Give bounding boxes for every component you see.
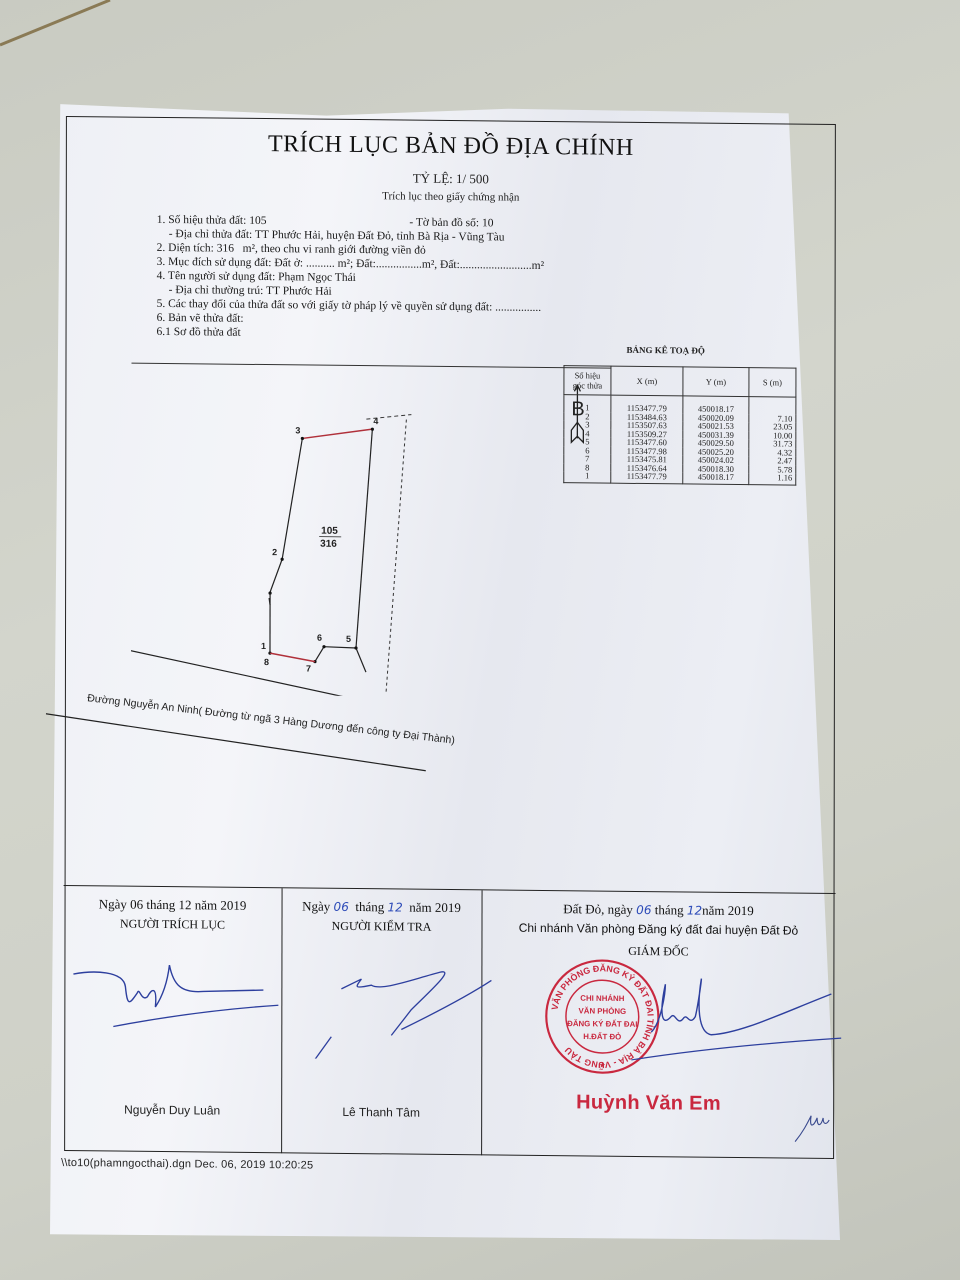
director-name: Huỳnh Văn Em (576, 1091, 721, 1116)
parcel-number: 105 (249, 215, 266, 227)
sketch-line: 6.1 Sơ đồ thửa đất (157, 325, 544, 343)
checker-name: Lê Thanh Tâm (281, 1104, 481, 1120)
road-edge-lower (46, 712, 446, 776)
checker-date: Ngày 06 tháng 12 năm 2019 (282, 898, 482, 916)
initial-mark (793, 1106, 833, 1146)
map-sheet-number: 10 (482, 217, 494, 229)
coordinate-table: Số hiệu góc thửa X (m) Y (m) S (m) 11153… (563, 365, 796, 485)
parcel-area-label: 316 (320, 539, 337, 550)
svg-text:1: 1 (261, 641, 266, 651)
checker-column: Ngày 06 tháng 12 năm 2019 NGƯỜI KIỂM TRA… (281, 888, 482, 1155)
extractor-signature (63, 926, 293, 1038)
cell-y: 450018.17 (683, 472, 749, 484)
svg-text:3: 3 (295, 425, 300, 435)
floor-crack (0, 0, 120, 50)
residence: TT Phước Hải (266, 285, 332, 298)
cell-x: 1153477.79 (611, 395, 683, 413)
svg-text:8: 8 (264, 657, 269, 667)
cell-s: 1.16 (749, 473, 796, 484)
svg-text:2: 2 (272, 547, 277, 557)
road-edge-upper (131, 649, 461, 699)
svg-text:7: 7 (306, 663, 311, 673)
document-frame: TRÍCH LỤC BẢN ĐỒ ĐỊA CHÍNH TỶ LỆ: 1/ 500… (64, 116, 836, 1159)
svg-text:CHI NHÁNH: CHI NHÁNH (580, 994, 624, 1003)
parcel-diagram-area: 1 2 3 4 5 6 7 8 105 316 B (131, 363, 612, 674)
col-header-s: S (m) (749, 368, 796, 397)
neighbor-boundary-side (386, 419, 406, 694)
cell-x: 1153477.79 (611, 472, 683, 484)
parcel-label: 105 (321, 526, 338, 537)
svg-text:5: 5 (346, 634, 351, 644)
parcel-area: 316 (217, 243, 234, 255)
cell-id: 1 (564, 395, 611, 412)
table-row: 11153477.79450018.171.16 (564, 471, 796, 484)
svg-text:★: ★ (599, 1061, 606, 1070)
signature-section: Ngày 06 tháng 12 năm 2019 NGƯỜI TRÍCH LỤ… (63, 885, 835, 1159)
parcel-info: 1. Số hiệu thửa đất: 105 - Tờ bản đồ số:… (157, 213, 545, 343)
coordinate-table-title: BẢNG KÊ TOẠ ĐỘ (626, 345, 704, 356)
document-subtitle: Trích lục theo giấy chứng nhận (67, 187, 835, 207)
extractor-column: Ngày 06 tháng 12 năm 2019 NGƯỜI TRÍCH LỤ… (63, 886, 282, 1153)
col-header-vertex: Số hiệu góc thửa (564, 366, 611, 395)
svg-text:H.ĐẤT ĐỎ: H.ĐẤT ĐỎ (583, 1031, 621, 1041)
cell-id: 1 (564, 471, 611, 482)
owner-name: Phạm Ngọc Thái (278, 271, 356, 284)
col-header-x: X (m) (611, 366, 683, 396)
svg-text:4: 4 (373, 416, 378, 426)
director-column: Đất Đỏ, ngày 06 tháng 12năm 2019 Chi nhá… (481, 890, 835, 1159)
svg-text:ĐĂNG KÝ ĐẤT ĐAI: ĐĂNG KÝ ĐẤT ĐAI (567, 1018, 637, 1029)
checker-signature (281, 928, 501, 1060)
extractor-name: Nguyễn Duy Luân (63, 1102, 281, 1118)
svg-text:VĂN PHÒNG: VĂN PHÒNG (579, 1006, 627, 1015)
extractor-date: Ngày 06 tháng 12 năm 2019 (64, 896, 282, 914)
agency-name: Chi nhánh Văn phòng Đăng ký đất đai huyệ… (481, 920, 835, 938)
director-date: Đất Đỏ, ngày 06 tháng 12năm 2019 (482, 900, 836, 920)
parcel-sketch: 1 2 3 4 5 6 7 8 105 316 B (131, 364, 612, 699)
svg-text:6: 6 (317, 633, 322, 643)
director-signature (631, 952, 841, 1064)
cell-y: 450018.17 (683, 396, 749, 414)
document-title: TRÍCH LỤC BẢN ĐỒ ĐỊA CHÍNH (67, 129, 835, 164)
cell-s (749, 397, 796, 414)
col-header-y: Y (m) (683, 367, 749, 397)
